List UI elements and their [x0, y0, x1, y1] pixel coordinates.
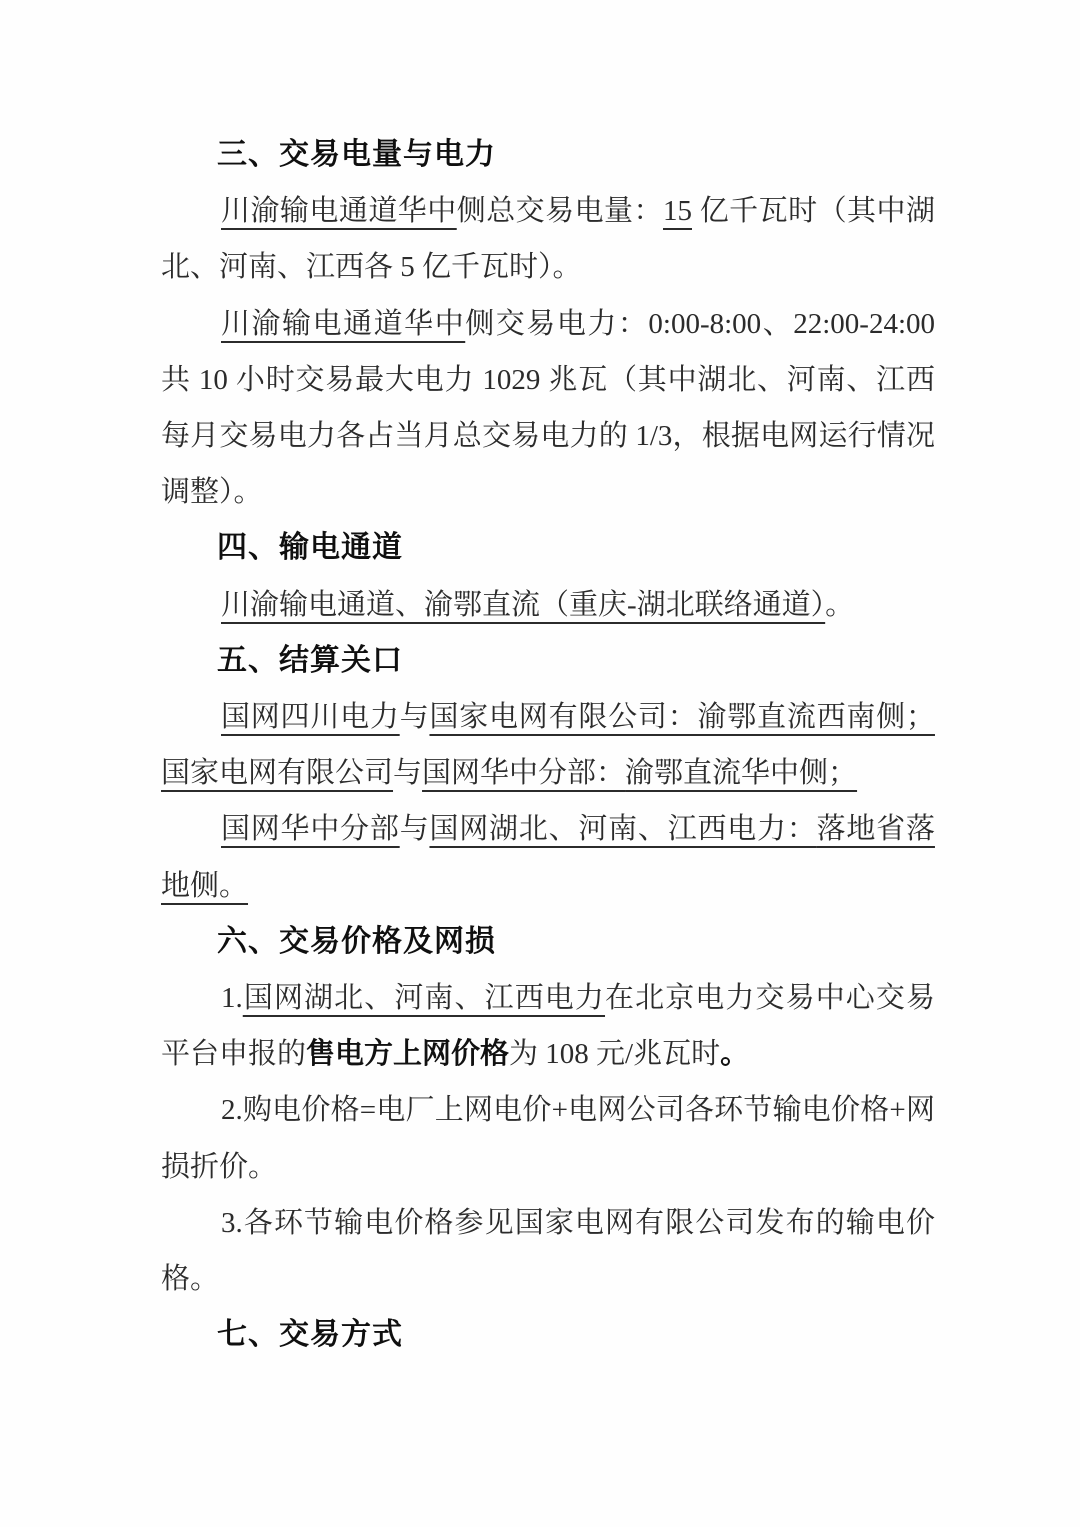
text-run: 国网华中分部： [422, 757, 625, 789]
section-5-para-2: 国网华中分部与国网湖北、河南、江西电力：落地省落地侧。 [161, 801, 935, 913]
section-7-heading: 七、交易方式 [161, 1307, 935, 1363]
section-3-heading: 三、交易电量与电力 [161, 127, 935, 183]
document-page: 三、交易电量与电力川渝输电通道华中侧总交易电量：15 亿千瓦时（其中湖北、河南、… [0, 0, 1080, 1527]
text-run: 15 [663, 195, 692, 227]
section-4-heading: 四、输电通道 [161, 520, 935, 576]
section-6-para-2: 2.购电价格=电厂上网电价+电网公司各环节输电价格+网损折价。 [161, 1082, 935, 1194]
text-run: 3.各环节输电价格参见国家电网有限公司发布的输电价格。 [161, 1207, 935, 1295]
text-run: 国网四川电力 [221, 701, 400, 733]
section-3-para-2: 川渝输电通道华中侧交易电力：0:00-8:00、22:00-24:00 共 10… [161, 296, 935, 521]
text-run: 国网湖北、河南、江西电力： [429, 813, 816, 845]
text-run: 国家电网有限公司 [161, 757, 393, 789]
text-run: 。 [825, 589, 854, 621]
section-4-para-1: 川渝输电通道、渝鄂直流（重庆-湖北联络通道）。 [161, 577, 935, 633]
text-run: 渝鄂直流华中侧； [625, 757, 857, 789]
section-5-para-1: 国网四川电力与国家电网有限公司：渝鄂直流西南侧；国家电网有限公司与国网华中分部：… [161, 689, 935, 801]
text-run: 国网华中分部 [221, 813, 400, 845]
text-run: 与 [400, 701, 430, 733]
section-6-para-3: 3.各环节输电价格参见国家电网有限公司发布的输电价格。 [161, 1195, 935, 1307]
text-run: 。 [720, 1038, 749, 1070]
text-run: 1. [221, 982, 243, 1014]
text-run: 国网湖北、河南、江西电力 [243, 982, 605, 1014]
text-run: 侧总交易电量： [457, 195, 663, 227]
text-run: 为 108 元/兆瓦时 [509, 1038, 720, 1070]
section-5-heading: 五、结算关口 [161, 633, 935, 689]
text-run: 川渝输电通道华中 [221, 195, 457, 227]
section-6-heading: 六、交易价格及网损 [161, 914, 935, 970]
text-run: 川渝输电通道华中 [221, 308, 465, 340]
text-run: 与 [393, 757, 422, 789]
text-run: 川渝输电通道、渝鄂直流（重庆-湖北联络通道） [221, 589, 825, 621]
document-content: 三、交易电量与电力川渝输电通道华中侧总交易电量：15 亿千瓦时（其中湖北、河南、… [161, 127, 935, 1363]
text-run: 渝鄂直流西南侧； [698, 701, 935, 733]
text-run: 国家电网有限公司： [429, 701, 697, 733]
section-6-para-1: 1.国网湖北、河南、江西电力在北京电力交易中心交易平台申报的售电方上网价格为 1… [161, 970, 935, 1082]
text-run: 售电方上网价格 [306, 1038, 509, 1070]
section-3-para-1: 川渝输电通道华中侧总交易电量：15 亿千瓦时（其中湖北、河南、江西各 5 亿千瓦… [161, 183, 935, 295]
text-run: 与 [400, 813, 430, 845]
text-run: 2.购电价格=电厂上网电价+电网公司各环节输电价格+网损折价。 [161, 1094, 935, 1182]
